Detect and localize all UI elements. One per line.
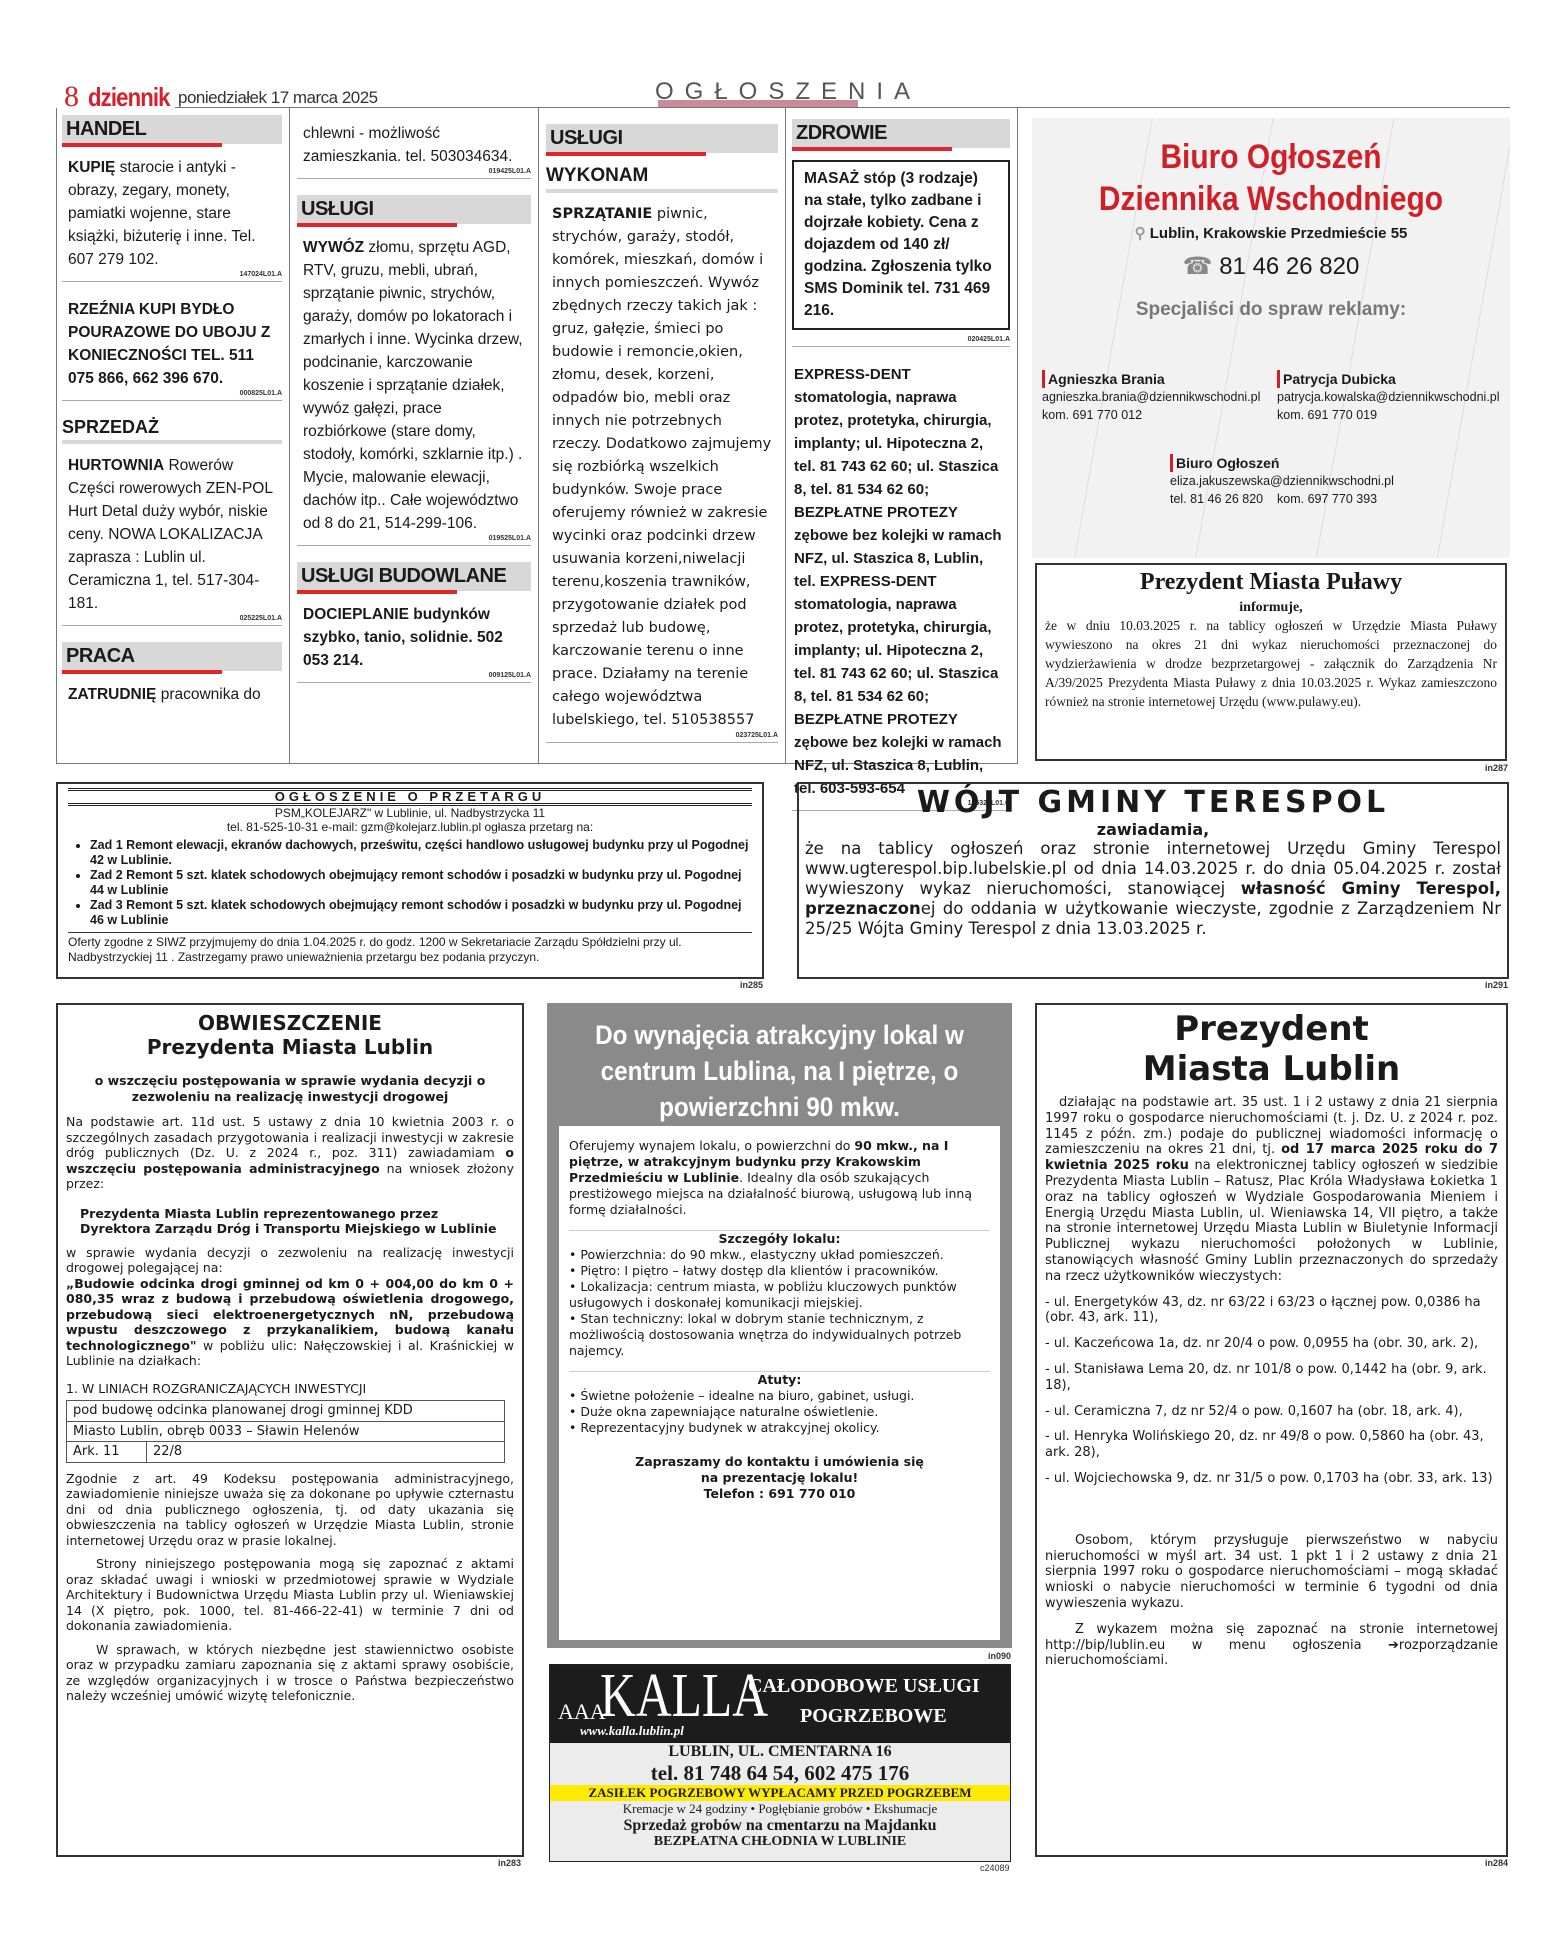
biuro-ogloszen-ad: Biuro Ogłoszeń Dziennika Wschodniego ⚲ L…	[1032, 118, 1510, 558]
ad-tag: c24089	[980, 1863, 1010, 1873]
ad-tag: in287	[1485, 763, 1508, 773]
category-header-handel: HANDEL	[62, 115, 282, 144]
subcategory-wykonam: WYKONAM	[546, 165, 778, 193]
biuro-address: ⚲ Lublin, Krakowskie Przedmieście 55	[1032, 224, 1510, 242]
list-item: - ul. Stanisława Lema 20, dz. nr 101/8 o…	[1045, 1362, 1498, 1394]
lokal-atuty: • Świetne położenie – idealne na biuro, …	[569, 1388, 990, 1436]
classified-ad-sprzatanie: SPRZĄTANIE piwnic, strychów, garaży, sto…	[546, 203, 778, 732]
list-item: • Świetne położenie – idealne na biuro, …	[569, 1388, 990, 1404]
telephone-icon: ☎	[1183, 253, 1220, 280]
column-rule	[785, 108, 786, 764]
lokal-phone: Telefon : 691 770 010	[569, 1486, 990, 1502]
map-pin-icon: ⚲	[1135, 225, 1150, 242]
ad-tag: in283	[498, 1858, 521, 1868]
lokal-body: Oferujemy wynajem lokalu, o powierzchni …	[559, 1126, 1000, 1640]
classifieds-column-1: HANDEL KUPIĘ starocie i antyki - obrazy,…	[62, 115, 282, 706]
classifieds-column-3: USŁUGI WYKONAM SPRZĄTANIE piwnic, strych…	[546, 124, 778, 759]
classifieds-column-2: chlewni - możliwość zamieszkania. tel. 5…	[297, 122, 531, 699]
ad-code: 019425L01.A	[297, 168, 531, 179]
contact-email[interactable]: eliza.jakuszewska@dziennikwschodni.pl	[1170, 472, 1394, 490]
plot-table: pod budowę odcinka planowanej drogi gmin…	[66, 1400, 505, 1463]
lokal-ad: Do wynajęcia atrakcyjny lokal w centrum …	[547, 1003, 1012, 1648]
contact-card: Patrycja Dubicka patrycja.kowalska@dzien…	[1277, 370, 1500, 424]
ad-tag: in291	[1485, 980, 1508, 990]
prezydent-lublin-notice: Prezydent Miasta Lublin działając na pod…	[1035, 1003, 1508, 1857]
contact-card: Agnieszka Brania agnieszka.brania@dzienn…	[1042, 370, 1260, 424]
terespol-notice: WÓJT GMINY TERESPOL zawiadamia, że na ta…	[797, 782, 1509, 979]
przetarg-notice: OGŁOSZENIE O PRZETARGU PSM„KOLEJARZ" w L…	[56, 782, 764, 979]
ad-code: 000825L01.A	[62, 390, 282, 401]
notice-title: OGŁOSZENIE O PRZETARGU	[68, 788, 752, 806]
ad-code: 009125L01.A	[297, 672, 531, 683]
kalla-phones: tel. 81 748 64 54, 602 475 176	[550, 1761, 1010, 1785]
ad-tag: in285	[740, 980, 763, 990]
ad-code: 147024L01.A	[62, 271, 282, 282]
category-header-sprzedaz: SPRZEDAŻ	[62, 417, 282, 444]
contact-card: Biuro Ogłoszeń eliza.jakuszewska@dzienni…	[1170, 454, 1394, 508]
list-item: • Powierzchnia: do 90 mkw., elastyczny u…	[569, 1247, 990, 1263]
category-header-uslugi: USŁUGI	[546, 124, 778, 153]
biuro-title: Biuro Ogłoszeń Dziennika Wschodniego	[1032, 118, 1510, 220]
column-rule	[538, 108, 539, 764]
classified-ad-kupie: KUPIĘ starocie i antyki - obrazy, zegary…	[62, 156, 282, 271]
category-header-praca: PRACA	[62, 642, 282, 671]
specialists-heading: Specjaliści do spraw reklamy:	[1032, 299, 1510, 321]
section-title-underline	[658, 100, 858, 107]
notice-title: Prezydent Miasta Puławy	[1045, 569, 1497, 596]
kalla-header: AAA KALLA www.kalla.lublin.pl CAŁODOBOWE…	[550, 1665, 1010, 1743]
list-item: Zad 2 Remont 5 szt. klatek schodowych ob…	[90, 868, 752, 898]
column-rule	[56, 108, 57, 764]
classified-ad-masaz: MASAŻ stóp (3 rodzaje) na stałe, tylko z…	[792, 160, 1010, 330]
list-item: - ul. Wojciechowska 9, dz. nr 31/5 o pow…	[1045, 1471, 1498, 1487]
ad-code: 023725L01.A	[546, 732, 778, 743]
biuro-phone: ☎ 81 46 26 820	[1032, 252, 1510, 281]
classified-ad-express-dent: EXPRESS-DENT stomatologia, naprawa prote…	[792, 363, 1010, 800]
notice-title: WÓJT GMINY TERESPOL	[805, 786, 1501, 820]
ad-code: 020425L01.A	[792, 336, 1010, 347]
newspaper-logo: dziennik	[88, 82, 170, 113]
category-header-uslugi: USŁUGI	[297, 195, 531, 224]
list-item: • Piętro: I piętro – łatwy dostęp dla kl…	[569, 1263, 990, 1279]
list-item: • Lokalizacja: centrum miasta, w pobliżu…	[569, 1279, 990, 1311]
classified-ad-zatrudnie: ZATRUDNIĘ pracownika do	[62, 683, 282, 706]
classified-ad-hurtownia: HURTOWNIA Rowerów Części rowerowych ZEN-…	[62, 454, 282, 615]
category-header-zdrowie: ZDROWIE	[792, 119, 1010, 148]
notice-body: że w dniu 10.03.2025 r. na tablicy ogłos…	[1045, 616, 1497, 711]
lokal-details: • Powierzchnia: do 90 mkw., elastyczny u…	[569, 1247, 990, 1359]
list-item: • Duże okna zapewniające naturalne oświe…	[569, 1404, 990, 1420]
lokal-headline: Do wynajęcia atrakcyjny lokal w centrum …	[570, 1003, 989, 1125]
page-number: 8	[64, 80, 79, 114]
ad-tag: in090	[988, 1651, 1011, 1661]
list-item: - ul. Energetyków 43, dz. nr 63/22 i 63/…	[1045, 1295, 1498, 1327]
przetarg-items: Zad 1 Remont elewacji, ekranów dachowych…	[90, 838, 752, 928]
classifieds-column-4: ZDROWIE MASAŻ stóp (3 rodzaje) na stałe,…	[792, 119, 1010, 827]
pulawy-notice: Prezydent Miasta Puławy informuje, że w …	[1035, 563, 1507, 761]
property-list: - ul. Energetyków 43, dz. nr 63/22 i 63/…	[1045, 1295, 1498, 1487]
list-item: - ul. Ceramiczna 7, dz nr 52/4 o pow. 0,…	[1045, 1404, 1498, 1420]
column-rule	[289, 108, 290, 764]
classified-ad-docieplanie: DOCIEPLANIE budynków szybko, tanio, soli…	[297, 603, 531, 672]
list-item: • Stan techniczny: lokal w dobrym stanie…	[569, 1311, 990, 1359]
column-rule	[1017, 108, 1018, 764]
classified-ad-wywoz: WYWÓZ złomu, sprzętu AGD, RTV, gruzu, me…	[297, 236, 531, 535]
list-item: • Reprezentacyjny budynek w atrakcyjnej …	[569, 1420, 990, 1436]
list-item: - ul. Kaczeńcowa 1a, dz. nr 20/4 o pow. …	[1045, 1336, 1498, 1352]
kalla-banner: ZASIŁEK POGRZEBOWY WYPŁACAMY PRZED POGRZ…	[550, 1785, 1010, 1801]
header-rule	[175, 107, 1510, 108]
list-item: - ul. Henryka Wolińskiego 20, dz. nr 49/…	[1045, 1429, 1498, 1461]
contact-email[interactable]: agnieszka.brania@dziennikwschodni.pl	[1042, 388, 1260, 406]
classified-ad-continued: chlewni - możliwość zamieszkania. tel. 5…	[297, 122, 531, 168]
kalla-logo: KALLA	[600, 1661, 768, 1732]
kalla-funeral-ad: AAA KALLA www.kalla.lublin.pl CAŁODOBOWE…	[549, 1664, 1011, 1862]
ad-code: 019525L01.A	[297, 535, 531, 546]
classified-ad-rzeznia: RZEŹNIA KUPI BYDŁO POURAZOWE DO UBOJU Z …	[62, 298, 282, 390]
list-item: Zad 1 Remont elewacji, ekranów dachowych…	[90, 838, 752, 868]
ad-tag: in284	[1485, 1858, 1508, 1868]
obwieszczenie-notice: OBWIESZCZENIE Prezydenta Miasta Lublin o…	[56, 1003, 524, 1857]
list-item: Zad 3 Remont 5 szt. klatek schodowych ob…	[90, 898, 752, 928]
notice-body: że na tablicy ogłoszeń oraz stronie inte…	[805, 839, 1501, 939]
issue-date: poniedziałek 17 marca 2025	[178, 88, 378, 108]
category-header-uslugi-budowlane: USŁUGI BUDOWLANE	[297, 562, 531, 591]
contact-email[interactable]: patrycja.kowalska@dziennikwschodni.pl	[1277, 388, 1500, 406]
ad-code: 025225L01.A	[62, 615, 282, 626]
